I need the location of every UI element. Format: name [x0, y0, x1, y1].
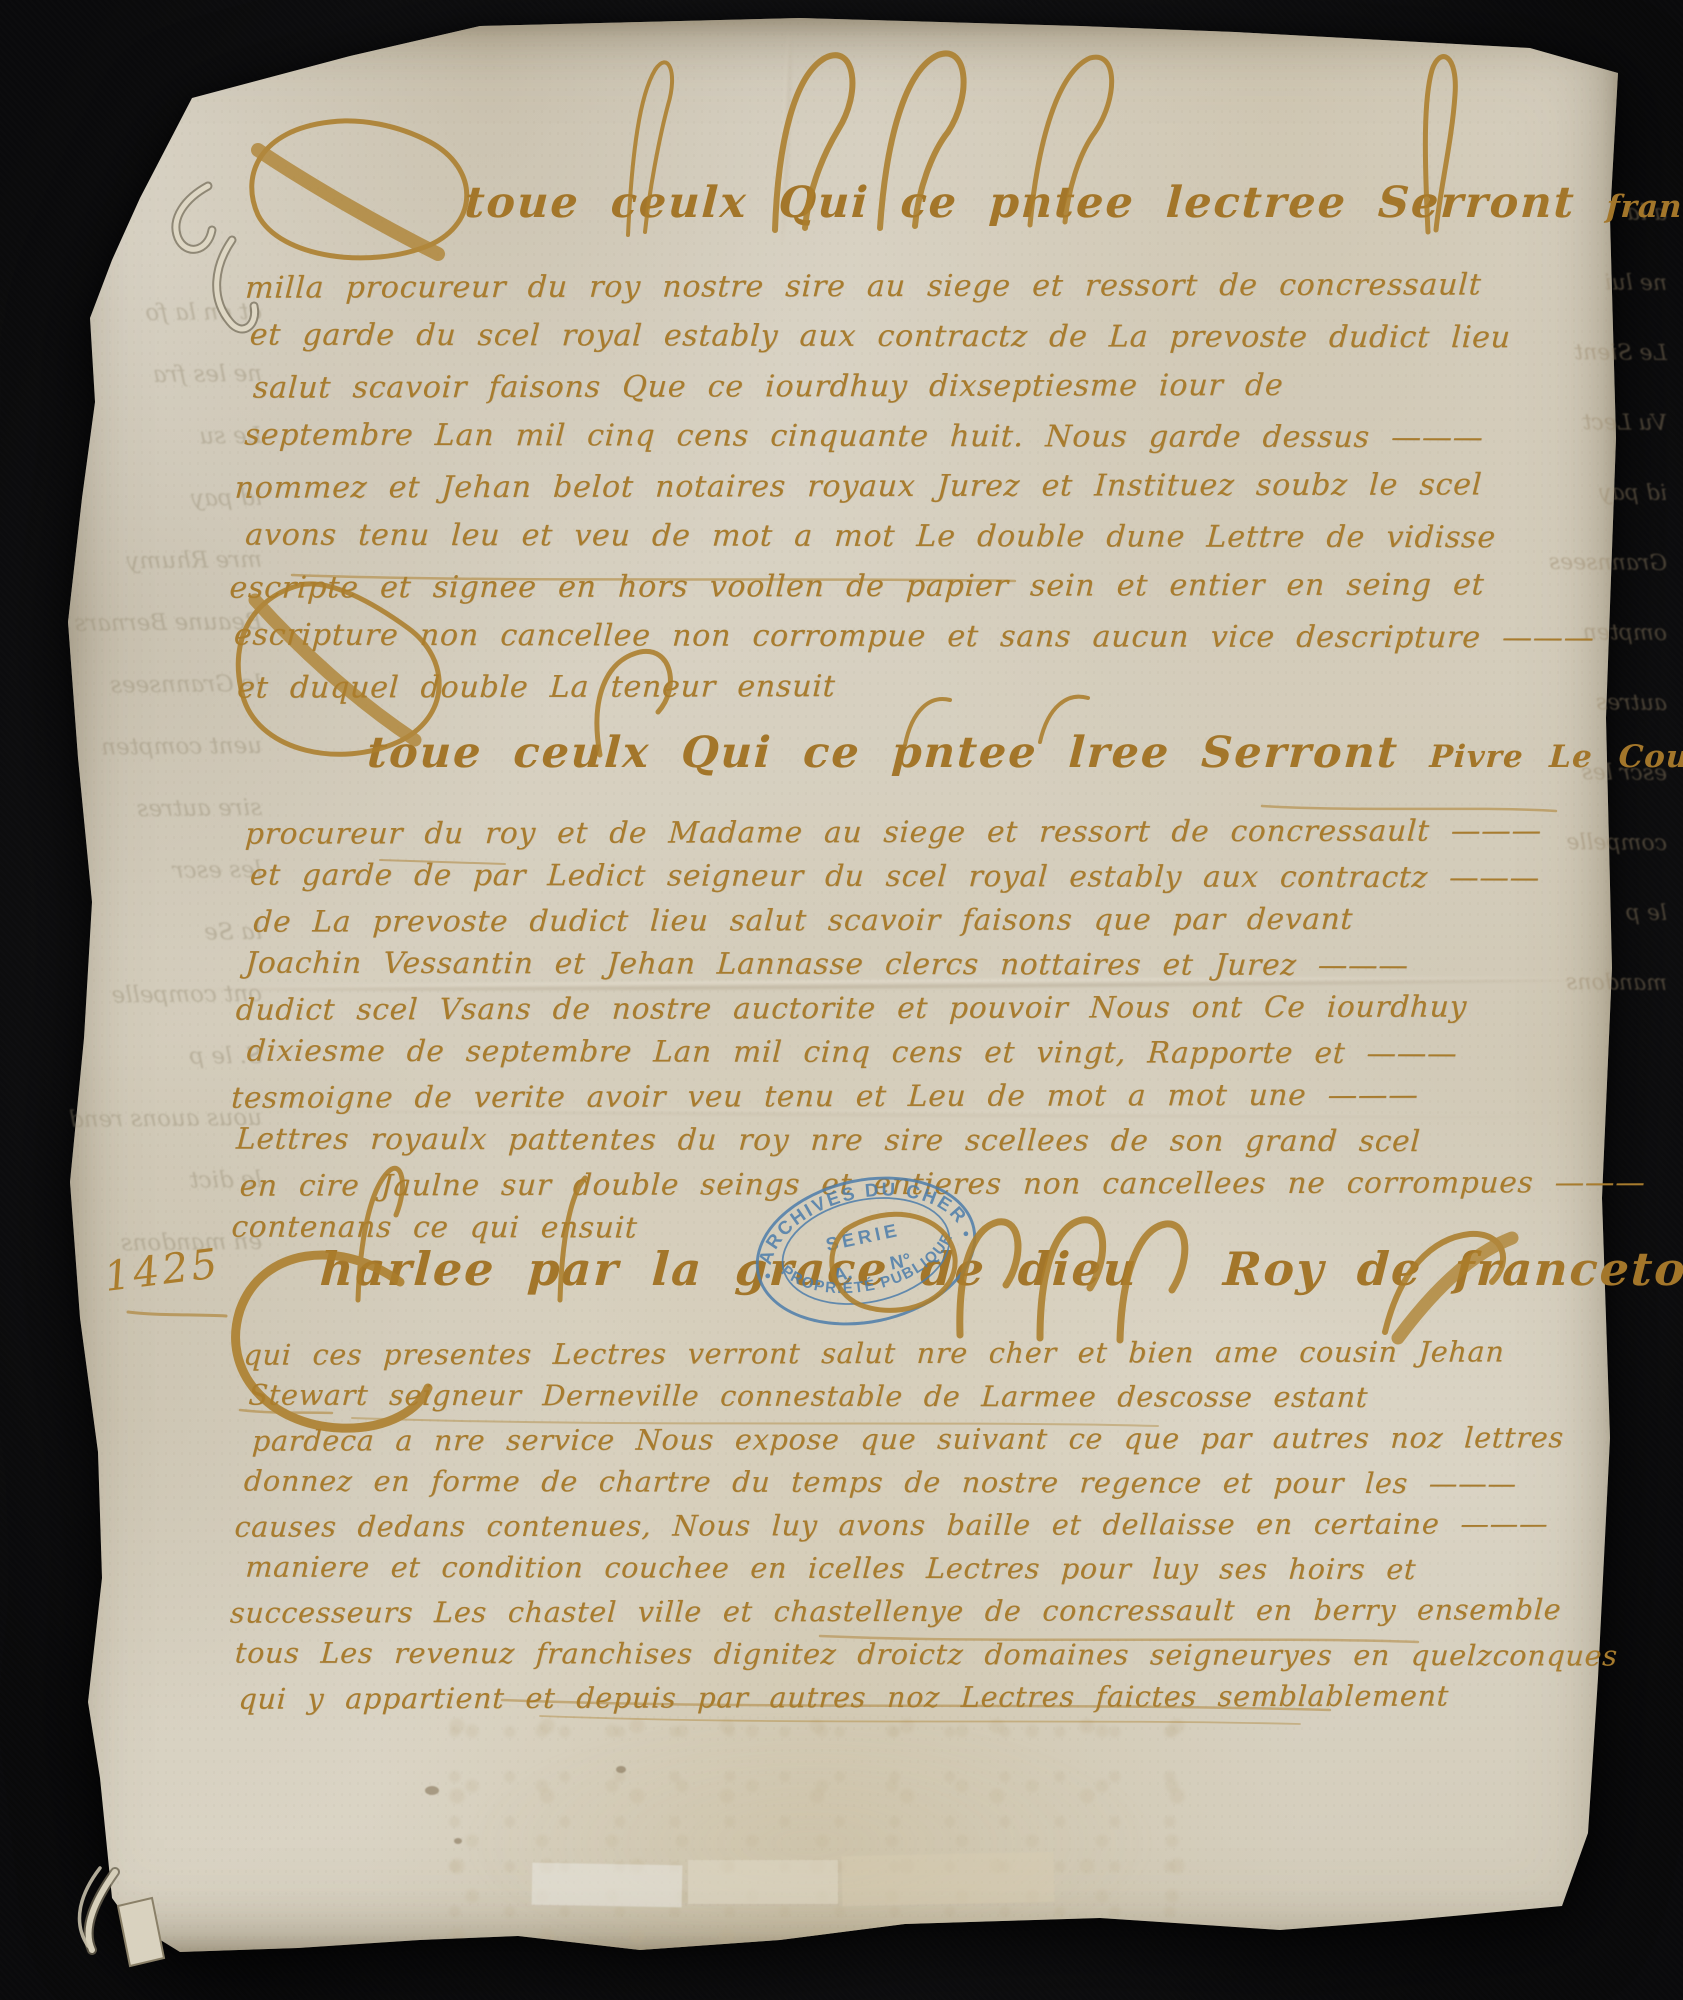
opening-text: toue ceulx Qui ce pntee lectree Serront: [463, 178, 1577, 228]
manuscript-line: et duquel double La teneur ensuit: [236, 660, 1526, 713]
manuscript-line: escripture non cancellee non corrompue e…: [233, 611, 1529, 664]
parchment-nick: [425, 1786, 439, 1795]
parchment-mottling: [430, 1698, 1190, 1988]
manuscript-line: Stewart seigneur Derneville connestable …: [247, 1374, 1557, 1420]
paragraph-1-opening: toue ceulx Qui ce pntee lectree Serront …: [247, 178, 1551, 262]
manuscript-line: tous Les revenuz franchises dignitez dro…: [234, 1632, 1544, 1678]
paragraph-1-lines: milla procureur du roy nostre sire au si…: [223, 262, 1547, 712]
manuscript-line: maniere et condition couchee en icelles …: [244, 1546, 1548, 1592]
manuscript-line: successeurs Les chastel ville et chastel…: [229, 1588, 1546, 1634]
stamp-series-letter: A.: [831, 1261, 854, 1285]
manuscript-scan: et en la fone les fraLe suid paymre Rhum…: [0, 0, 1683, 2000]
manuscript-line: qui y appartient et depuis par autres no…: [237, 1674, 1541, 1720]
manuscript-line: et garde du scel royal estably aux contr…: [248, 311, 1544, 364]
stamp-number-label: N°: [888, 1249, 913, 1274]
paragraph-2-opening: toue ceulx Qui ce pntee lree Serront Piv…: [246, 728, 1560, 810]
manuscript-line: salut scavoir faisons Que ce iourdhuy di…: [252, 360, 1542, 413]
manuscript-line: escripte et signee en hors voollen de pa…: [228, 560, 1531, 613]
manuscript-line: procureur du roy et de Madame au siege e…: [244, 808, 1556, 855]
stamp-dot-right: [963, 1231, 969, 1237]
manuscript-line: dudict scel Vsans de nostre auctorite et…: [235, 984, 1547, 1031]
manuscript-line: donnez en forme de chartre du temps de n…: [243, 1460, 1553, 1506]
edge-repair-patch: [841, 1852, 1054, 1906]
manuscript-line: de La prevoste dudict lieu salut scavoir…: [252, 896, 1551, 943]
paragraph-3-lines: qui ces presentes Lectres verront salut …: [225, 1332, 1560, 1719]
manuscript-line: causes dedans contenues, Nous luy avons …: [233, 1502, 1550, 1548]
manuscript-line: tesmoigne de verite avoir veu tenu et Le…: [230, 1072, 1542, 1119]
edge-repair-patch: [532, 1863, 683, 1908]
opening-part3: toue ceulx: [1630, 1242, 1683, 1296]
manuscript-line: nommez et Jehan belot notaires royaux Ju…: [233, 460, 1536, 513]
parchment-nick: [616, 1766, 626, 1773]
paragraph-1: toue ceulx Qui ce pntee lectree Serront …: [223, 178, 1551, 712]
manuscript-line: avons tenu leu et veu de mot a mot Le do…: [244, 511, 1534, 564]
manuscript-line: Joachin Vessantin et Jehan Lannasse cler…: [244, 941, 1549, 988]
manuscript-line: et garde de par Ledict seigneur du scel …: [249, 853, 1554, 900]
stamp-serie-label: SÉRIE: [824, 1219, 902, 1255]
manuscript-line: dixiesme de septembre Lan mil cinq cens …: [246, 1029, 1545, 1076]
manuscript-line: pardeca a nre service Nous expose que su…: [251, 1416, 1555, 1462]
manuscript-line: Lettres royaulx pattentes du roy nre sir…: [235, 1117, 1540, 1164]
parchment-nick: [454, 1838, 462, 1844]
opening-tail: Pivre Le Court ———: [1429, 739, 1683, 775]
manuscript-line: septembre Lan mil cinq cens cinquante hu…: [243, 411, 1539, 464]
manuscript-line: milla procureur du roy nostre sire au si…: [244, 260, 1547, 313]
opening-text: toue ceulx Qui ce pntee lree Serront: [366, 728, 1400, 778]
opening-part2: Roy de france: [1222, 1242, 1632, 1296]
edge-repair-patch: [688, 1860, 838, 1904]
opening-part1: harlee par la grace de dieu: [247, 1242, 1140, 1296]
opening-tail: francoys.: [1605, 189, 1683, 225]
stamp-dot-left: [765, 1273, 771, 1279]
manuscript-line: qui ces presentes Lectres verront salut …: [242, 1330, 1559, 1376]
